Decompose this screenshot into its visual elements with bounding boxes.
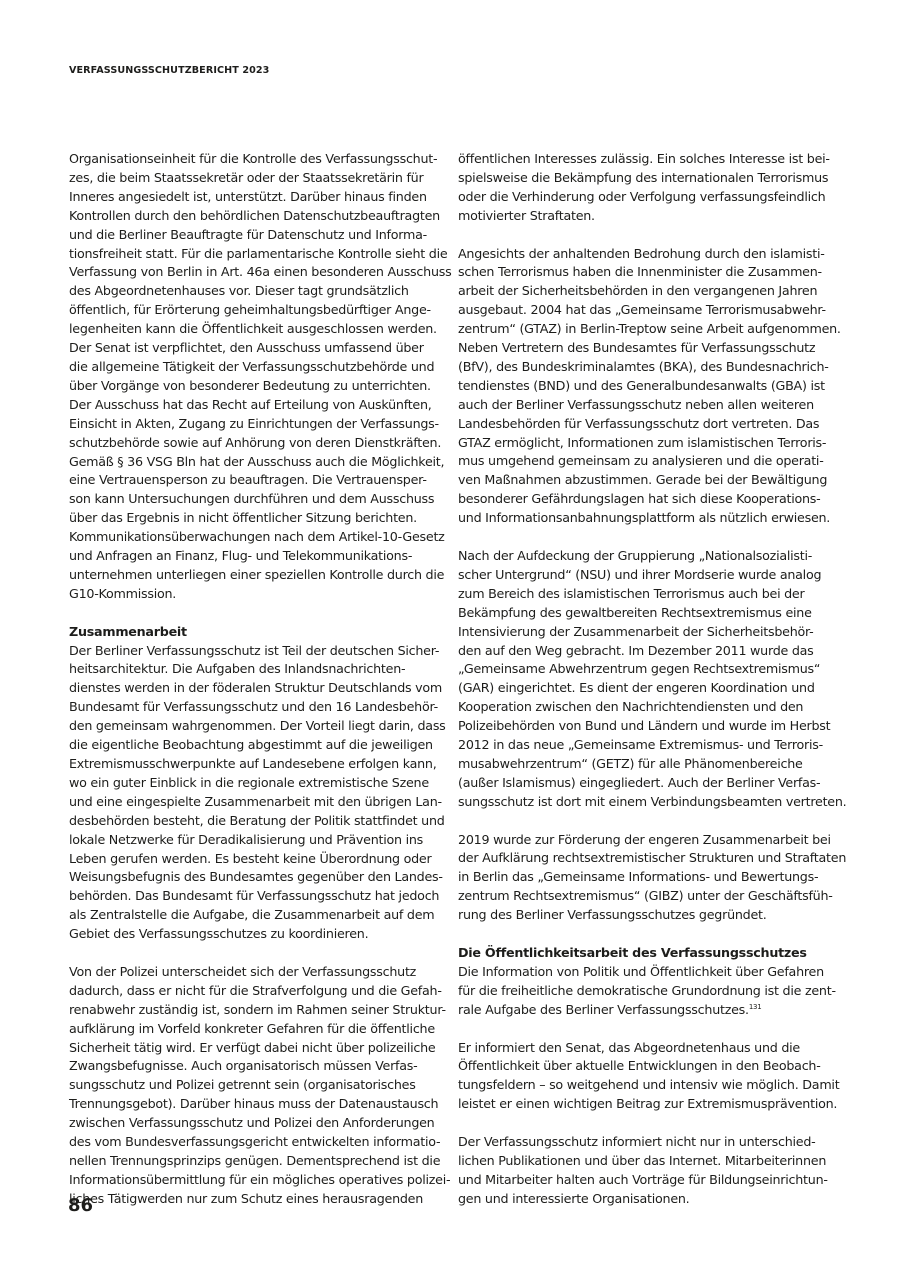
text-line: Kooperation zwischen den Nachrichtendien… (458, 698, 832, 717)
text-line: Von der Polizei unterscheidet sich der V… (69, 963, 443, 982)
text-line: sungsschutz und Polizei getrennt sein (o… (69, 1076, 443, 1095)
text-line: wo ein guter Einblick in die regionale e… (69, 774, 443, 793)
text-line: Trennungsgebot). Darüber hinaus muss der… (69, 1095, 443, 1114)
text-line: Gemäß § 36 VSG Bln hat der Ausschuss auc… (69, 453, 443, 472)
text-line: und Anfragen an Finanz, Flug- und Teleko… (69, 547, 443, 566)
text-line: öffentlich, für Erörterung geheimhaltung… (69, 301, 443, 320)
text-line: 2019 wurde zur Förderung der engeren Zus… (458, 831, 832, 850)
text-line: rale Aufgabe des Berliner Verfassungssch… (458, 1001, 832, 1020)
text-line: ven Maßnahmen abzustimmen. Gerade bei de… (458, 471, 832, 490)
text-line: lokale Netzwerke für Deradikalisierung u… (69, 831, 443, 850)
text-line: leistet er einen wichtigen Beitrag zur E… (458, 1095, 832, 1114)
text-line: spielsweise die Bekämpfung des internati… (458, 169, 832, 188)
paragraph-public-information: Die Information von Politik und Öffentli… (458, 963, 832, 1020)
text-line: aufklärung im Vorfeld konkreter Gefahren… (69, 1020, 443, 1039)
right-column: öffentlichen Interesses zulässig. Ein so… (458, 150, 832, 1209)
text-line: der Aufklärung rechtsextremistischer Str… (458, 849, 832, 868)
text-line: Leben gerufen werden. Es besteht keine Ü… (69, 850, 443, 869)
text-line: die allgemeine Tätigkeit der Verfassungs… (69, 358, 443, 377)
text-line: des vom Bundesverfassungsgericht entwick… (69, 1133, 443, 1152)
paragraph-publications: Der Verfassungsschutz informiert nicht n… (458, 1133, 832, 1209)
text-line: auch der Berliner Verfassungsschutz nebe… (458, 396, 832, 415)
footnote-reference[interactable]: 131 (749, 1002, 762, 1010)
text-line: tendienstes (BND) und des Generalbundesa… (458, 377, 832, 396)
text-line: Gebiet des Verfassungsschutzes zu koordi… (69, 925, 443, 944)
text-line: Der Ausschuss hat das Recht auf Erteilun… (69, 396, 443, 415)
paragraph-police-separation: Von der Polizei unterscheidet sich der V… (69, 963, 443, 1209)
text-line: Die Information von Politik und Öffentli… (458, 963, 832, 982)
text-line: Der Senat ist verpflichtet, den Ausschus… (69, 339, 443, 358)
paragraph-nsu-gar-getz: Nach der Aufdeckung der Gruppierung „Nat… (458, 547, 832, 812)
text-line: in Berlin das „Gemeinsame Informations- … (458, 868, 832, 887)
text-line: Weisungsbefugnis des Bundesamtes gegenüb… (69, 868, 443, 887)
text-line: Verfassung von Berlin in Art. 46a einen … (69, 263, 443, 282)
text-line: Polizeibehörden von Bund und Ländern und… (458, 717, 832, 736)
text-line: (GAR) eingerichtet. Es dient der engeren… (458, 679, 832, 698)
text-line: über Vorgänge von besonderer Bedeutung z… (69, 377, 443, 396)
text-line: und Informationsanbahnungsplattform als … (458, 509, 832, 528)
text-line: dadurch, dass er nicht für die Strafverf… (69, 982, 443, 1001)
section-heading-oeffentlichkeitsarbeit: Die Öffentlichkeitsarbeit des Verfassung… (458, 944, 832, 963)
paragraph-zusammenarbeit: Der Berliner Verfassungsschutz ist Teil … (69, 642, 443, 945)
text-line: Kommunikationsüberwachungen nach dem Art… (69, 528, 443, 547)
text-line: desbehörden besteht, die Beratung der Po… (69, 812, 443, 831)
text-line: Zwangsbefugnisse. Auch organisatorisch m… (69, 1057, 443, 1076)
text-line: schen Terrorismus haben die Innenministe… (458, 263, 832, 282)
text-line: arbeit der Sicherheitsbehörden in den ve… (458, 282, 832, 301)
text-line: nellen Trennungsprinzips genügen. Dement… (69, 1152, 443, 1171)
text-line: eine Vertrauensperson zu beauftragen. Di… (69, 471, 443, 490)
text-line: G10-Kommission. (69, 585, 443, 604)
text-line: unternehmen unterliegen einer speziellen… (69, 566, 443, 585)
text-line: tungsfeldern – so weitgehend und intensi… (458, 1076, 832, 1095)
text-line: zwischen Verfassungsschutz und Polizei d… (69, 1114, 443, 1133)
text-line: (außer Islamismus) eingegliedert. Auch d… (458, 774, 832, 793)
text-line: zentrum“ (GTAZ) in Berlin-Treptow seine … (458, 320, 832, 339)
text-line: zentrum Rechtsextremismus“ (GIBZ) unter … (458, 887, 832, 906)
text-line: den auf den Weg gebracht. Im Dezember 20… (458, 642, 832, 661)
text-line: Landesbehörden für Verfassungsschutz dor… (458, 415, 832, 434)
text-line: und Mitarbeiter halten auch Vorträge für… (458, 1171, 832, 1190)
text-line: besonderer Gefährdungslagen hat sich die… (458, 490, 832, 509)
text-line: Neben Vertretern des Bundesamtes für Ver… (458, 339, 832, 358)
paragraph-gtaz: Angesichts der anhaltenden Bedrohung dur… (458, 245, 832, 529)
text-line: oder die Verhinderung oder Verfolgung ve… (458, 188, 832, 207)
text-line: Nach der Aufdeckung der Gruppierung „Nat… (458, 547, 832, 566)
text-line: zum Bereich des islamistischen Terrorism… (458, 585, 832, 604)
text-line: für die freiheitliche demokratische Grun… (458, 982, 832, 1001)
text-line: motivierter Straftaten. (458, 207, 832, 226)
text-line: rung des Berliner Verfassungsschutzes ge… (458, 906, 832, 925)
text-line: und die Berliner Beauftragte für Datensc… (69, 226, 443, 245)
text-line: (BfV), des Bundeskriminalamtes (BKA), de… (458, 358, 832, 377)
paragraph-parliamentary-control: Organisationseinheit für die Kontrolle d… (69, 150, 443, 604)
text-line: scher Untergrund“ (NSU) und ihrer Mordse… (458, 566, 832, 585)
text-line: Kontrollen durch den behördlichen Datens… (69, 207, 443, 226)
text-line: „Gemeinsame Abwehrzentrum gegen Rechtsex… (458, 660, 832, 679)
text-line: sungsschutz ist dort mit einem Verbindun… (458, 793, 832, 812)
paragraph-gibz: 2019 wurde zur Förderung der engeren Zus… (458, 831, 832, 926)
text-line: GTAZ ermöglicht, Informationen zum islam… (458, 434, 832, 453)
text-line: Er informiert den Senat, das Abgeordnete… (458, 1039, 832, 1058)
text-line: Der Berliner Verfassungsschutz ist Teil … (69, 642, 443, 661)
text-line: 2012 in das neue „Gemeinsame Extremismus… (458, 736, 832, 755)
text-line: und eine eingespielte Zusammenarbeit mit… (69, 793, 443, 812)
text-line: zes, die beim Staatssekretär oder der St… (69, 169, 443, 188)
text-line: Intensivierung der Zusammenarbeit der Si… (458, 623, 832, 642)
text-line: schutzbehörde sowie auf Anhörung von der… (69, 434, 443, 453)
text-line: die eigentliche Beobachtung abgestimmt a… (69, 736, 443, 755)
text-line: Angesichts der anhaltenden Bedrohung dur… (458, 245, 832, 264)
text-line: Organisationseinheit für die Kontrolle d… (69, 150, 443, 169)
text-line: Bekämpfung des gewaltbereiten Rechtsextr… (458, 604, 832, 623)
text-line: über das Ergebnis in nicht öffentlicher … (69, 509, 443, 528)
text-line: dienstes werden in der föderalen Struktu… (69, 679, 443, 698)
text-line: Bundesamt für Verfassungsschutz und den … (69, 698, 443, 717)
text-line: son kann Untersuchungen durchführen und … (69, 490, 443, 509)
text-line: behörden. Das Bundesamt für Verfassungss… (69, 887, 443, 906)
text-line: renabwehr zuständig ist, sondern im Rahm… (69, 1001, 443, 1020)
text-line: gen und interessierte Organisationen. (458, 1190, 832, 1209)
text-line: Sicherheit tätig wird. Er verfügt dabei … (69, 1039, 443, 1058)
running-header: VERFASSUNGSSCHUTZBERICHT 2023 (69, 65, 269, 76)
text-line: musabwehrzentrum“ (GETZ) für alle Phänom… (458, 755, 832, 774)
text-line: mus umgehend gemeinsam zu analysieren un… (458, 452, 832, 471)
text-line: Extremismusschwerpunkte auf Landesebene … (69, 755, 443, 774)
text-line: ausgebaut. 2004 hat das „Gemeinsame Terr… (458, 301, 832, 320)
text-line: liches Tätigwerden nur zum Schutz eines … (69, 1190, 443, 1209)
text-line: Informationsübermittlung für ein möglich… (69, 1171, 443, 1190)
text-line: Öffentlichkeit über aktuelle Entwicklung… (458, 1057, 832, 1076)
text-line: des Abgeordnetenhauses vor. Dieser tagt … (69, 282, 443, 301)
text-line: als Zentralstelle die Aufgabe, die Zusam… (69, 906, 443, 925)
text-line: lichen Publikationen und über das Intern… (458, 1152, 832, 1171)
page-number: 86 (68, 1195, 93, 1216)
text-line: legenheiten kann die Öffentlichkeit ausg… (69, 320, 443, 339)
text-line: heitsarchitektur. Die Aufgaben des Inlan… (69, 660, 443, 679)
text-line: tionsfreiheit statt. Für die parlamentar… (69, 245, 443, 264)
paragraph-public-interest: öffentlichen Interesses zulässig. Ein so… (458, 150, 832, 226)
left-column: Organisationseinheit für die Kontrolle d… (69, 150, 443, 1209)
text-line: den gemeinsam wahrgenommen. Der Vorteil … (69, 717, 443, 736)
paragraph-senate-information: Er informiert den Senat, das Abgeordnete… (458, 1039, 832, 1115)
text-line: Einsicht in Akten, Zugang zu Einrichtung… (69, 415, 443, 434)
text-line: Der Verfassungsschutz informiert nicht n… (458, 1133, 832, 1152)
text-line: öffentlichen Interesses zulässig. Ein so… (458, 150, 832, 169)
section-heading-zusammenarbeit: Zusammenarbeit (69, 623, 443, 642)
text-line: Inneres angesiedelt ist, unterstützt. Da… (69, 188, 443, 207)
